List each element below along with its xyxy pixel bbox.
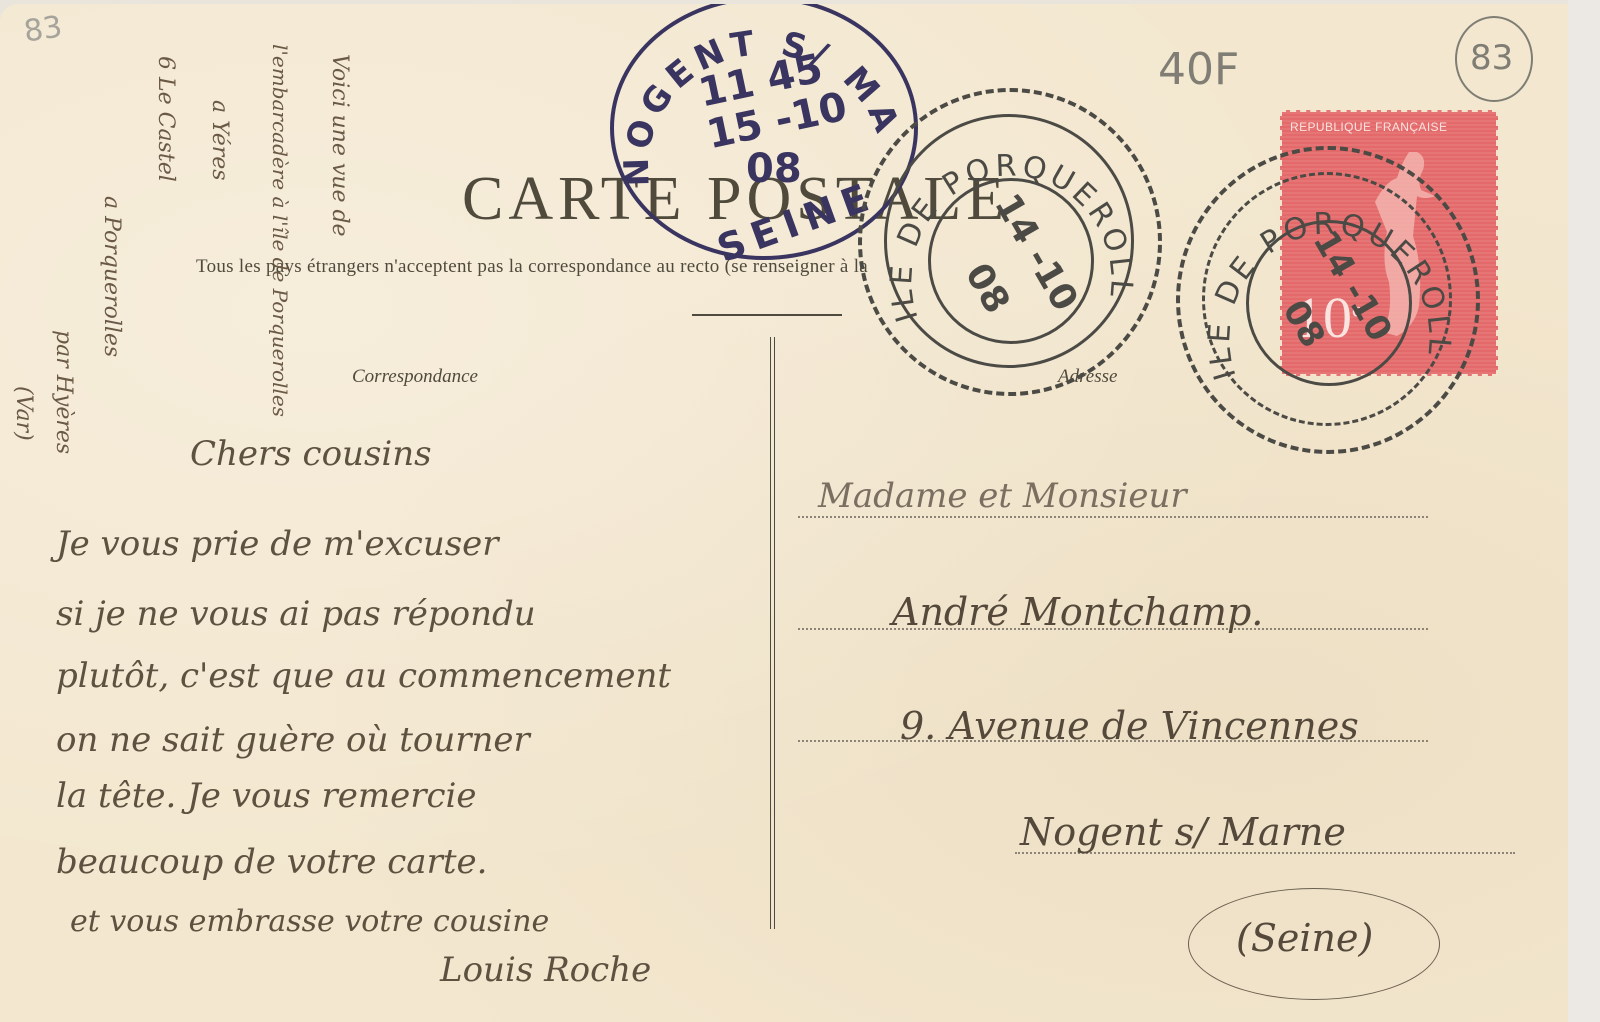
- message-line: Je vous prie de m'excuser: [56, 524, 499, 564]
- header-rule: [692, 314, 842, 316]
- postmark-porquerolles-ring-text: ILE DE PORQUEROLLES VAR: [1176, 146, 1472, 446]
- address-street: 9. Avenue de Vincennes: [900, 704, 1359, 748]
- postmark-year: 08: [746, 146, 802, 192]
- pencil-number-top-left: 83: [22, 10, 65, 50]
- message-line: plutôt, c'est que au commencement: [56, 656, 671, 696]
- center-divider: [770, 337, 775, 929]
- message-line: beaucoup de votre carte.: [56, 842, 487, 882]
- side-note-line: Voici une vue de: [327, 54, 352, 237]
- postcard-back: CARTE POSTALE Tous les pays étrangers n'…: [0, 4, 1568, 1022]
- message-line: on ne sait guère où tourner: [56, 720, 530, 760]
- postmark-porquerolles-1: ILE DE PORQUEROLLES VAR 14 -10 08: [858, 88, 1162, 396]
- pencil-circled-number: 83: [1470, 38, 1513, 78]
- stamp-country: REPUBLIQUE FRANÇAISE: [1290, 120, 1488, 134]
- correspondance-label: Correspondance: [352, 366, 478, 388]
- message-line: si je ne vous ai pas répondu: [56, 594, 536, 634]
- message-line: et vous embrasse votre cousine: [70, 904, 549, 939]
- side-note-line: a Yéres: [207, 100, 232, 181]
- message-signature: Louis Roche: [440, 950, 651, 990]
- address-recipient-title: Madame et Monsieur: [818, 476, 1187, 516]
- side-note-line: (Var): [11, 386, 36, 441]
- address-line-1: [798, 516, 1428, 518]
- side-note-line: l'embarcadère à l'île de Porquerolles: [268, 44, 292, 417]
- side-note-line: a Porquerolles: [99, 196, 124, 357]
- postmark-porquerolles-2: ILE DE PORQUEROLLES VAR 14 -10 08: [1176, 146, 1480, 454]
- side-note-line: 6 Le Castel: [153, 56, 178, 182]
- department-circle: [1188, 888, 1440, 1000]
- message-line: la tête. Je vous remercie: [56, 776, 477, 816]
- pencil-price: 40F: [1158, 44, 1239, 95]
- address-recipient-name: André Montchamp.: [892, 590, 1263, 634]
- scan-background-edge: [1568, 0, 1600, 1022]
- address-city: Nogent s/ Marne: [1020, 810, 1346, 854]
- side-note-line: par Hyères: [51, 330, 76, 454]
- message-salutation: Chers cousins: [190, 434, 432, 474]
